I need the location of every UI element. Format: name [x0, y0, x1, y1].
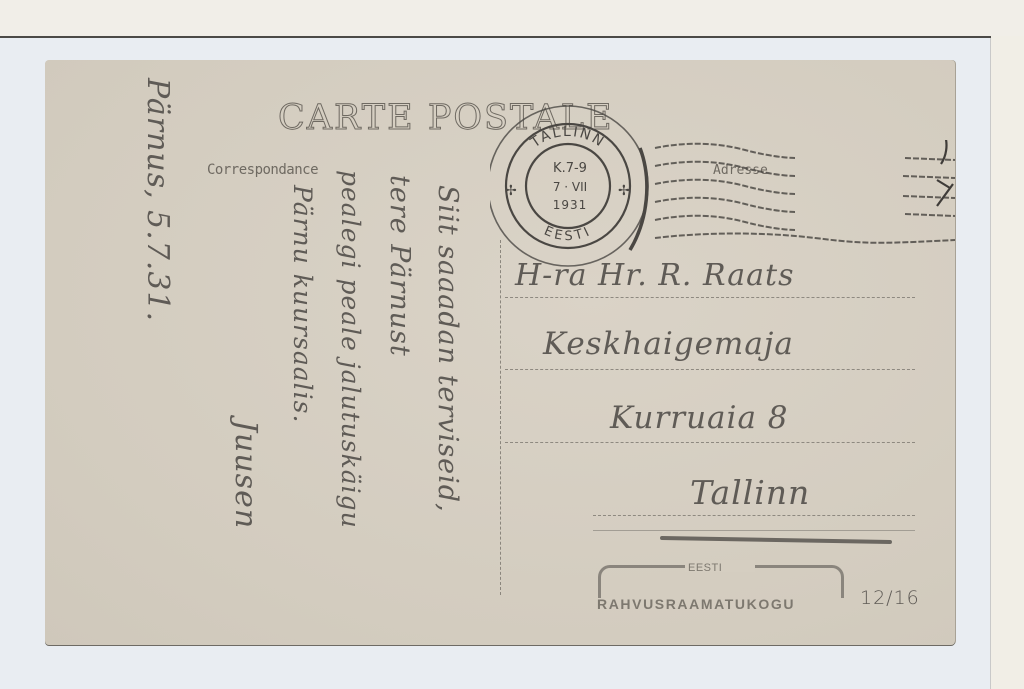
address-line	[505, 442, 915, 443]
handwritten-message-line-4: Pärnu kuursaalis.	[288, 185, 317, 423]
handwritten-message-line-2: tere Pärnust	[384, 175, 415, 357]
scanner-right-strip	[991, 36, 1024, 689]
cancellation-wavy-lines	[645, 140, 955, 270]
postmark-country: EESTI	[542, 224, 595, 245]
library-stamp-name: RAHVUSRAAMATUKOGU	[597, 596, 795, 612]
handwritten-address-recipient: H-ra Hr. R. Raats	[515, 258, 795, 293]
handwritten-signature: Juusen	[228, 420, 263, 529]
svg-text:EESTI: EESTI	[542, 224, 595, 245]
address-line	[505, 369, 915, 370]
handwritten-address-street: Kurruaia 8	[610, 400, 789, 436]
correspondence-label: Correspondance	[207, 162, 318, 178]
handwritten-message-line-1: Siit saaadan terviseid,	[432, 185, 463, 513]
postmark-year: 1931	[542, 196, 598, 214]
postmark-time: K.7-9	[542, 160, 598, 178]
library-stamp-top: EESTI	[688, 562, 722, 574]
postmark-date: 7 · VII	[542, 178, 598, 196]
postmark: ✢ ✢ TALLINN EESTI K.7-9 7 · VII 1931	[490, 90, 660, 270]
address-line	[593, 515, 915, 516]
scanner-top-strip	[0, 0, 1024, 38]
pencil-underline	[660, 536, 892, 544]
card-divider	[500, 240, 501, 595]
address-line	[593, 530, 915, 531]
handwritten-address-institution: Keskhaigemaja	[543, 326, 794, 362]
handwritten-message-line-3: pealegi peale jalutuskäigu	[336, 170, 365, 529]
address-line	[505, 297, 915, 298]
handwritten-address-city: Tallinn	[690, 473, 810, 512]
handwritten-place-date: Pärnus, 5.7.31.	[140, 78, 175, 322]
postmark-city: TALLINN	[527, 124, 608, 152]
archive-number: 12/16	[860, 587, 920, 609]
svg-text:TALLINN: TALLINN	[527, 124, 608, 152]
postcard: CARTE POSTALE Correspondance Adresse	[45, 60, 955, 645]
